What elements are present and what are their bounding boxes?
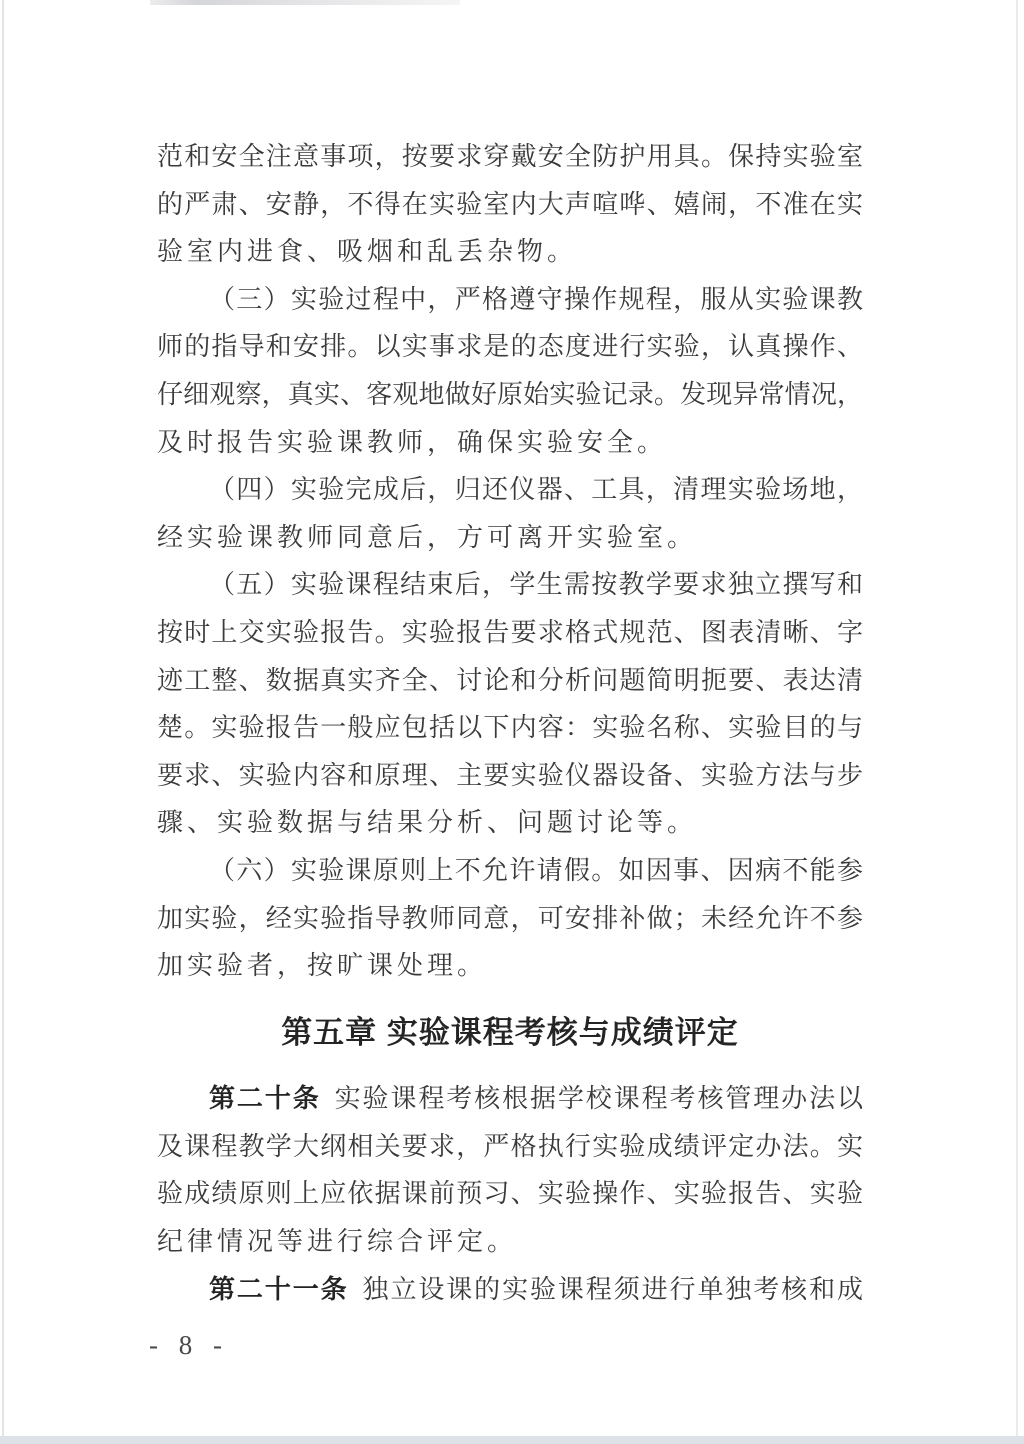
text-line: 验室内进食、吸烟和乱丢杂物。 bbox=[157, 228, 863, 276]
text-line: 加实验者，按旷课处理。 bbox=[157, 942, 863, 990]
text-line: （五）实验课程结束后，学生需按教学要求独立撰写和 bbox=[157, 561, 863, 609]
text-line: 第二十条实验课程考核根据学校课程考核管理办法以 bbox=[157, 1075, 863, 1123]
scan-artifact-bottom-edge bbox=[0, 1436, 1024, 1444]
text-line: 范和安全注意事项，按要求穿戴安全防护用具。保持实验室 bbox=[157, 133, 863, 181]
text-line: 要求、实验内容和原理、主要实验仪器设备、实验方法与步 bbox=[157, 752, 863, 800]
document-body: 范和安全注意事项，按要求穿戴安全防护用具。保持实验室 的严肃、安静，不得在实验室… bbox=[157, 133, 863, 1313]
text-line: 迹工整、数据真实齐全、讨论和分析问题简明扼要、表达清 bbox=[157, 657, 863, 705]
text-line: （四）实验完成后，归还仪器、工具，清理实验场地， bbox=[157, 466, 863, 514]
text-line: 的严肃、安静，不得在实验室内大声喧哗、嬉闹，不准在实 bbox=[157, 181, 863, 229]
chapter-heading: 第五章 实验课程考核与成绩评定 bbox=[157, 1009, 863, 1057]
text-line: 纪律情况等进行综合评定。 bbox=[157, 1218, 863, 1266]
text-line: 骤、实验数据与结果分析、问题讨论等。 bbox=[157, 799, 863, 847]
text-line: （三）实验过程中，严格遵守操作规程，服从实验课教 bbox=[157, 276, 863, 324]
article-number: 第二十条 bbox=[209, 1083, 321, 1113]
text-line: 经实验课教师同意后，方可离开实验室。 bbox=[157, 514, 863, 562]
scan-artifact-left-edge bbox=[2, 0, 4, 1444]
scan-artifact-top-edge bbox=[150, 0, 460, 5]
text-line: 加实验，经实验指导教师同意，可安排补做；未经允许不参 bbox=[157, 895, 863, 943]
scanned-document-page: 范和安全注意事项，按要求穿戴安全防护用具。保持实验室 的严肃、安静，不得在实验室… bbox=[0, 0, 1024, 1444]
article-text: 实验课程考核根据学校课程考核管理办法以 bbox=[335, 1084, 863, 1113]
text-line: 楚。实验报告一般应包括以下内容：实验名称、实验目的与 bbox=[157, 704, 863, 752]
page-number: - 8 - bbox=[149, 1330, 229, 1361]
text-line: 按时上交实验报告。实验报告要求格式规范、图表清晰、字 bbox=[157, 609, 863, 657]
text-line: 师的指导和安排。以实事求是的态度进行实验，认真操作、 bbox=[157, 323, 863, 371]
text-line: （六）实验课原则上不允许请假。如因事、因病不能参 bbox=[157, 847, 863, 895]
text-line: 仔细观察，真实、客观地做好原始实验记录。发现异常情况， bbox=[157, 371, 863, 419]
article-text: 独立设课的实验课程须进行单独考核和成 bbox=[363, 1275, 863, 1304]
text-line: 及课程教学大纲相关要求，严格执行实验成绩评定办法。实 bbox=[157, 1123, 863, 1171]
text-line: 及时报告实验课教师，确保实验安全。 bbox=[157, 419, 863, 467]
text-line: 第二十一条独立设课的实验课程须进行单独考核和成 bbox=[157, 1266, 863, 1314]
article-number: 第二十一条 bbox=[209, 1274, 349, 1304]
text-line: 验成绩原则上应依据课前预习、实验操作、实验报告、实验 bbox=[157, 1170, 863, 1218]
scan-artifact-right-edge bbox=[1016, 0, 1018, 1444]
